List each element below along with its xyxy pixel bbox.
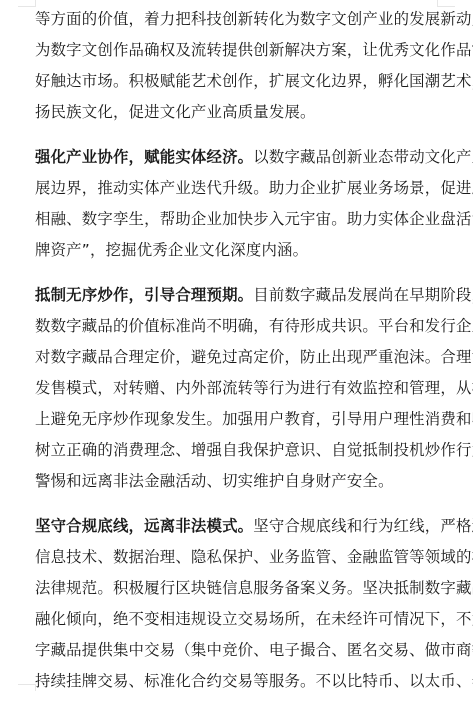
paragraph-cultural-value: 等方面的价值，着力把科技创新转化为数字文创产业的发展新动力。 为数字文创作品确权… (35, 4, 445, 128)
text-line: 字藏品提供集中交易（集中竞价、电子撮合、匿名交易、做市商等）、 (35, 635, 445, 666)
text-line: 强化产业协作，赋能实体经济。以数字藏品创新业态带动文化产业扩 (35, 142, 445, 173)
text-line: 法律规范。积极履行区块链信息服务备案义务。坚决抵制数字藏品金 (35, 573, 445, 604)
text-line: 相融、数字孪生，帮助企业加快步入元宇宙。助力实体企业盘活“品 (35, 204, 445, 235)
paragraph-heading: 坚守合规底线，远离非法模式。 (35, 517, 253, 535)
text-line: 牌资产”，挖掘优秀企业文化深度内涵。 (35, 235, 445, 266)
text-line: 信息技术、数据治理、隐私保护、业务监管、金融监管等领域的相关 (35, 542, 445, 573)
text-line: 上避免无序炒作现象发生。加强用户教育，引导用户理性消费和收藏、 (35, 404, 445, 435)
text-line: 警惕和远离非法金融活动、切实维护自身财产安全。 (35, 466, 445, 497)
document-body: 等方面的价值，着力把科技创新转化为数字文创产业的发展新动力。 为数字文创作品确权… (35, 4, 445, 703)
paragraph-curb-speculation: 抵制无序炒作，引导合理预期。目前数字藏品发展尚在早期阶段，多 数数字藏品的价值标… (35, 280, 445, 497)
paragraph-heading: 强化产业协作，赋能实体经济。 (35, 148, 253, 166)
page-corner-mark-bottom-left (18, 684, 36, 691)
text-line: 融化倾向，绝不变相违规设立交易场所，在未经许可情况下，不为数 (35, 604, 445, 635)
text-run: 目前数字藏品发展尚在早期阶段，多 (253, 286, 473, 304)
paragraph-industry-collaboration: 强化产业协作，赋能实体经济。以数字藏品创新业态带动文化产业扩 展边界，推动实体产… (35, 142, 445, 266)
text-line: 好触达市场。积极赋能艺术创作，扩展文化边界，孵化国潮艺术，弘 (35, 66, 445, 97)
text-run: 以数字藏品创新业态带动文化产业扩 (253, 148, 473, 166)
text-line: 等方面的价值，着力把科技创新转化为数字文创产业的发展新动力。 (35, 4, 445, 35)
text-line: 展边界，推动实体产业迭代升级。助力企业扩展业务场景，促进虚实 (35, 173, 445, 204)
text-run: 坚守合规底线和行为红线，严格遵守 (253, 517, 473, 535)
text-line: 发售模式，对转赠、内外部流转等行为进行有效监控和管理，从机制 (35, 373, 445, 404)
text-line: 树立正确的消费理念、增强自我保护意识、自觉抵制投机炒作行为、 (35, 435, 445, 466)
paragraph-heading: 抵制无序炒作，引导合理预期。 (35, 286, 253, 304)
text-line: 扬民族文化，促进文化产业高质量发展。 (35, 97, 445, 128)
page-corner-mark-top-left (18, 0, 36, 7)
text-line: 坚守合规底线，远离非法模式。坚守合规底线和行为红线，严格遵守 (35, 511, 445, 542)
text-line: 为数字文创作品确权及流转提供创新解决方案，让优秀文化作品能更 (35, 35, 445, 66)
text-line: 对数字藏品合理定价，避免过高定价，防止出现严重泡沫。合理设置 (35, 342, 445, 373)
text-line: 数数字藏品的价值标准尚不明确，有待形成共识。平台和发行企业应 (35, 311, 445, 342)
text-line: 抵制无序炒作，引导合理预期。目前数字藏品发展尚在早期阶段，多 (35, 280, 445, 311)
text-line: 持续挂牌交易、标准化合约交易等服务。不以比特币、以太币、泰达 (35, 666, 445, 697)
paragraph-compliance: 坚守合规底线，远离非法模式。坚守合规底线和行为红线，严格遵守 信息技术、数据治理… (35, 511, 445, 697)
